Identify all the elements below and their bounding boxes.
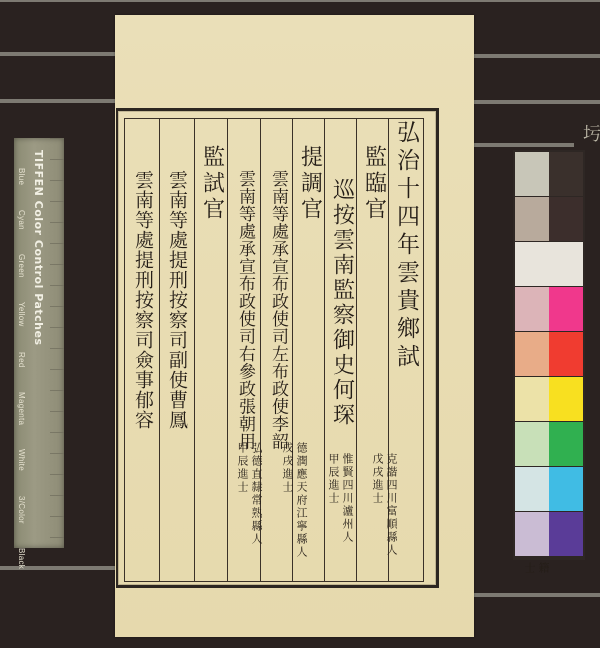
ruler-scale	[50, 138, 64, 548]
official-note: 克諧四川富順縣人	[386, 453, 397, 557]
official-name: 雲南等處承宣布政使司左布政使李韶	[269, 170, 286, 630]
color-patch	[515, 332, 549, 376]
tiffen-color-strip: TIFFEN Color Control Patches Blue Cyan G…	[14, 138, 64, 548]
edge-glyph: 圬	[583, 120, 600, 146]
official-notes: 弘德直隸常熟縣人 甲辰進士	[127, 442, 262, 546]
color-patch	[549, 512, 583, 556]
official-note: 甲辰進士	[237, 442, 248, 546]
official-note: 戊戌進士	[372, 453, 383, 557]
strip-label: Green	[17, 254, 26, 278]
background-rule	[474, 54, 600, 58]
color-patch	[515, 287, 549, 331]
strip-label: White	[17, 449, 26, 471]
color-patch	[549, 377, 583, 421]
official-name: 雲南等處承宣布政使司右參政張朝用	[236, 170, 253, 630]
official-note: 惟賢四川瀘州人	[342, 453, 353, 544]
color-patch	[515, 197, 549, 241]
color-patch	[549, 467, 583, 511]
tiffen-brand-label: TIFFEN Color Control Patches	[32, 150, 45, 346]
official-note: 弘德直隸常熟縣人	[251, 442, 262, 546]
background-rule	[474, 100, 600, 104]
color-patch	[515, 377, 549, 421]
official-note: 甲辰進士	[328, 453, 339, 544]
strip-label: Yellow	[17, 302, 26, 327]
color-patch	[515, 422, 549, 466]
color-patch	[549, 422, 583, 466]
color-patch	[549, 332, 583, 376]
official-column: 雲南等處承宣布政使司左布政使李韶	[261, 170, 294, 630]
background-rule	[0, 99, 115, 103]
strip-label: Red	[17, 352, 26, 368]
official-note: 德潤應天府江寧縣人	[296, 442, 307, 559]
strip-label: Black	[17, 548, 26, 569]
background-rule	[0, 52, 115, 56]
official-name: 雲南等處提刑按察司僉事郁容	[133, 170, 152, 630]
background-rule	[0, 0, 600, 2]
color-patch	[515, 152, 549, 196]
color-patch	[515, 512, 549, 556]
background-rule	[474, 143, 574, 147]
official-note: 戊戌進士	[282, 442, 293, 559]
official-column: 雲南等處提刑按察司僉事郁容	[126, 170, 159, 630]
color-patch	[549, 287, 583, 331]
color-patch	[515, 242, 583, 286]
color-patch	[549, 152, 583, 196]
background-rule	[474, 593, 600, 597]
color-strip-labels: Blue Cyan Green Yellow Red Magenta White…	[17, 168, 26, 591]
color-patch	[515, 467, 549, 511]
color-patch	[549, 197, 583, 241]
strip-label: 3/Color	[17, 496, 26, 524]
official-column: 雲南等處提刑按察司副使曹鳳	[160, 170, 193, 630]
color-reference-card	[513, 150, 585, 560]
official-column: 雲南等處承宣布政使司右參政張朝用	[228, 170, 261, 630]
official-name: 雲南等處提刑按察司副使曹鳳	[167, 170, 186, 630]
strip-label: Blue	[17, 168, 26, 185]
strip-label: Cyan	[17, 210, 26, 230]
strip-label: Magenta	[17, 392, 26, 425]
